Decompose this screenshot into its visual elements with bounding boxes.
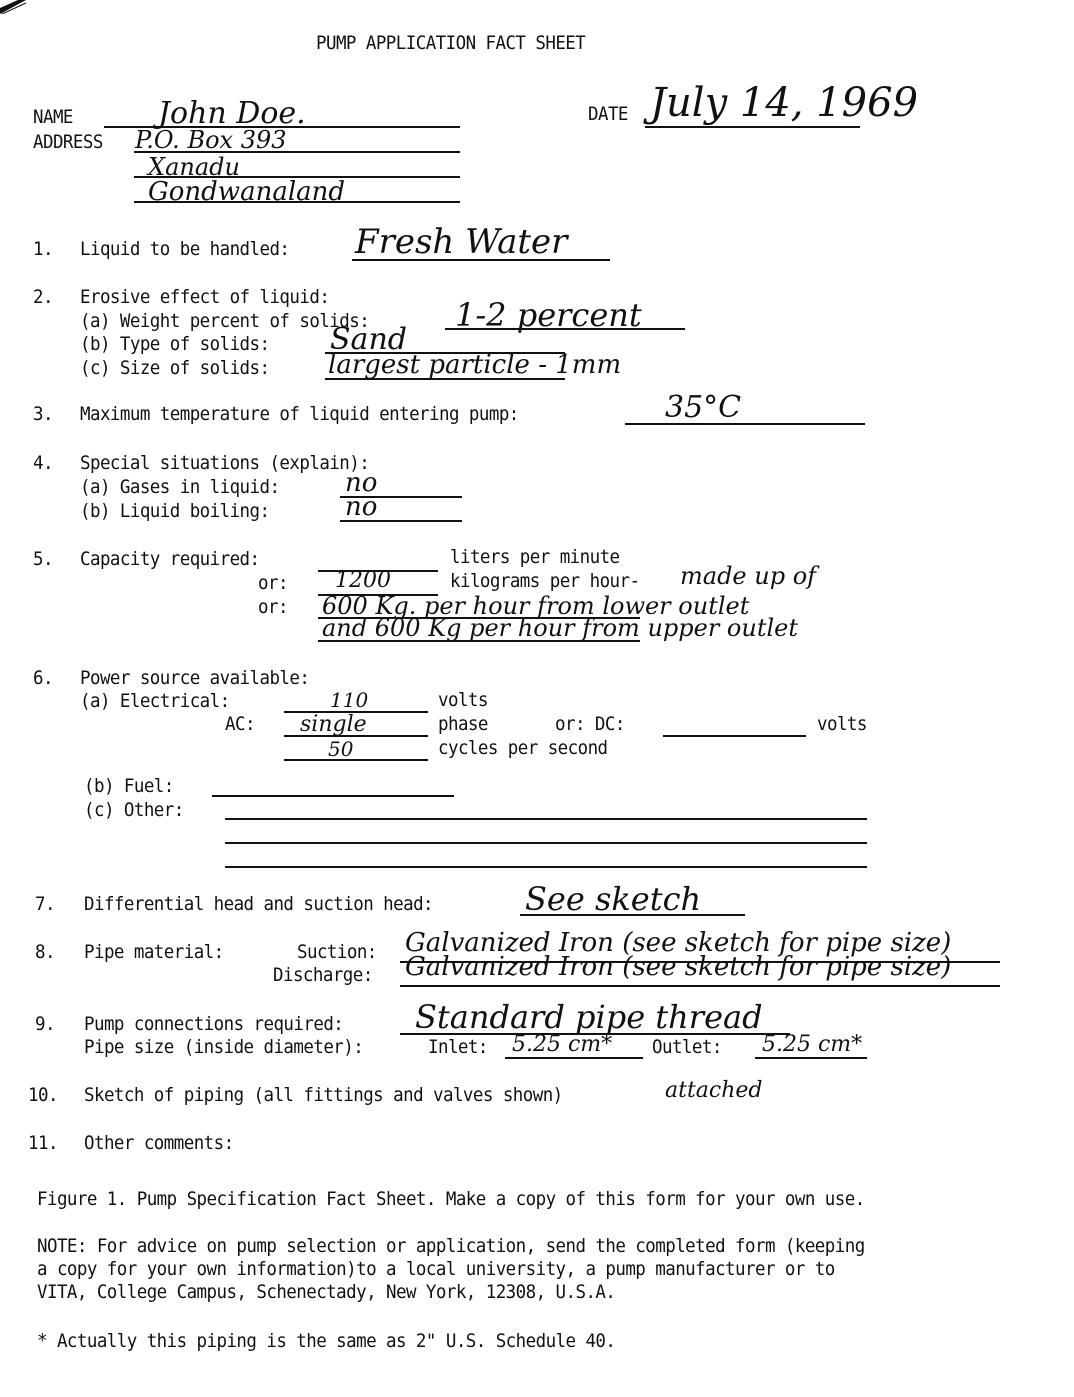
q8-label: Pipe material:	[84, 941, 224, 963]
q3-value[interactable]: 35°C	[665, 390, 741, 425]
q10-value[interactable]: attached	[665, 1078, 763, 1103]
q5-lpm-unit: liters per minute	[450, 546, 620, 568]
q5-kgh-unit: kilograms per hour-	[450, 570, 639, 592]
q6-dc-unit: volts	[817, 713, 867, 735]
q7-number: 7.	[35, 893, 55, 915]
q5-number: 5.	[33, 548, 53, 570]
q6-other-line-2	[225, 842, 867, 844]
page-title: PUMP APPLICATION FACT SHEET	[316, 32, 585, 54]
q6b-label: (b) Fuel:	[84, 775, 174, 797]
q6-ac-label: AC:	[225, 713, 255, 735]
q5-or-2: or:	[258, 596, 288, 618]
q8-number: 8.	[35, 941, 55, 963]
q6-cycles-value[interactable]: 50	[328, 737, 353, 761]
name-label: NAME	[33, 106, 73, 128]
q5-note-underline-2	[318, 640, 640, 642]
q4-label: Special situations (explain):	[80, 452, 369, 474]
address-line-1[interactable]: P.O. Box 393	[135, 126, 287, 154]
q7-value[interactable]: See sketch	[525, 880, 701, 918]
q2a-line	[445, 328, 685, 330]
q1-line	[352, 259, 610, 261]
q5-kgh-value[interactable]: 1200	[335, 568, 391, 593]
q6-phase-unit: phase	[438, 713, 488, 735]
address-label: ADDRESS	[33, 131, 103, 153]
q1-value[interactable]: Fresh Water	[355, 222, 567, 262]
date-label: DATE	[588, 103, 628, 125]
q2c-line	[325, 378, 565, 380]
q1-number: 1.	[33, 238, 53, 260]
q6-volts-value[interactable]: 110	[330, 688, 368, 712]
q5-or-1: or:	[258, 572, 288, 594]
q9-value[interactable]: Standard pipe thread	[415, 998, 763, 1036]
q9-outlet-value[interactable]: 5.25 cm*	[762, 1032, 862, 1057]
q6-dc-label: or: DC:	[555, 713, 625, 735]
q6-fuel-line	[212, 795, 454, 797]
figure-caption: Figure 1. Pump Specification Fact Sheet.…	[37, 1188, 865, 1210]
date-field[interactable]: July 14, 1969	[650, 80, 918, 126]
q5-note-line-2[interactable]: and 600 Kg per hour from upper outlet	[322, 614, 798, 642]
q3-line	[625, 423, 865, 425]
q6-phase-line	[284, 735, 428, 737]
q8-discharge-label: Discharge:	[273, 964, 373, 986]
q9-label: Pump connections required:	[84, 1013, 343, 1035]
q7-line	[520, 914, 745, 916]
q10-number: 10.	[28, 1084, 58, 1106]
q11-number: 11.	[28, 1132, 58, 1154]
q9-outlet-line	[755, 1057, 867, 1059]
q9-inlet-label: Inlet:	[428, 1036, 488, 1058]
q11-label: Other comments:	[84, 1132, 234, 1154]
q6-volts-unit: volts	[438, 689, 488, 711]
q6-cycles-unit: cycles per second	[438, 737, 608, 759]
q4-number: 4.	[33, 452, 53, 474]
note-line-3: VITA, College Campus, Schenectady, New Y…	[37, 1281, 615, 1303]
q8-discharge-value[interactable]: Galvanized Iron (see sketch for pipe siz…	[405, 952, 951, 982]
note-line-2: a copy for your own information)to a loc…	[37, 1258, 835, 1280]
q9-inlet-value[interactable]: 5.25 cm*	[512, 1032, 612, 1057]
q6a-label: (a) Electrical:	[80, 690, 230, 712]
q2c-label: (c) Size of solids:	[80, 357, 269, 379]
q3-number: 3.	[33, 403, 53, 425]
q2-number: 2.	[33, 286, 53, 308]
q9-inlet-line	[505, 1057, 643, 1059]
q6-other-line-3	[225, 866, 867, 868]
q9-size-label: Pipe size (inside diameter):	[84, 1036, 363, 1058]
q8-suction-label: Suction:	[297, 941, 377, 963]
q6-number: 6.	[33, 667, 53, 689]
q4b-line	[340, 520, 462, 522]
date-line	[645, 126, 860, 128]
q10-label: Sketch of piping (all fittings and valve…	[84, 1084, 563, 1106]
footnote: * Actually this piping is the same as 2"…	[37, 1330, 615, 1352]
note-line-1: NOTE: For advice on pump selection or ap…	[37, 1235, 865, 1257]
q6-dc-line	[663, 735, 806, 737]
q6-label: Power source available:	[80, 667, 309, 689]
q7-label: Differential head and suction head:	[84, 893, 433, 915]
q5-label: Capacity required:	[80, 548, 260, 570]
q9-outlet-label: Outlet:	[652, 1036, 722, 1058]
q6c-label: (c) Other:	[84, 799, 184, 821]
q1-label: Liquid to be handled:	[80, 238, 289, 260]
q6-other-line-1	[225, 818, 867, 820]
q4a-label: (a) Gases in liquid:	[80, 476, 279, 498]
q6-cycles-line	[284, 759, 428, 761]
q2a-label: (a) Weight percent of solids:	[80, 310, 369, 332]
q5-kgh-note: made up of	[680, 562, 816, 590]
scan-corner-mark	[0, 0, 30, 14]
q2c-value[interactable]: largest particle - 1mm	[328, 350, 621, 380]
q6-phase-value[interactable]: single	[300, 712, 367, 737]
q2-label: Erosive effect of liquid:	[80, 286, 329, 308]
q4b-label: (b) Liquid boiling:	[80, 500, 269, 522]
q9-number: 9.	[35, 1013, 55, 1035]
address-underline-3	[134, 201, 460, 203]
q2b-label: (b) Type of solids:	[80, 333, 269, 355]
q8-discharge-line	[400, 985, 1000, 987]
q3-label: Maximum temperature of liquid entering p…	[80, 403, 519, 425]
q4b-value[interactable]: no	[345, 492, 377, 522]
